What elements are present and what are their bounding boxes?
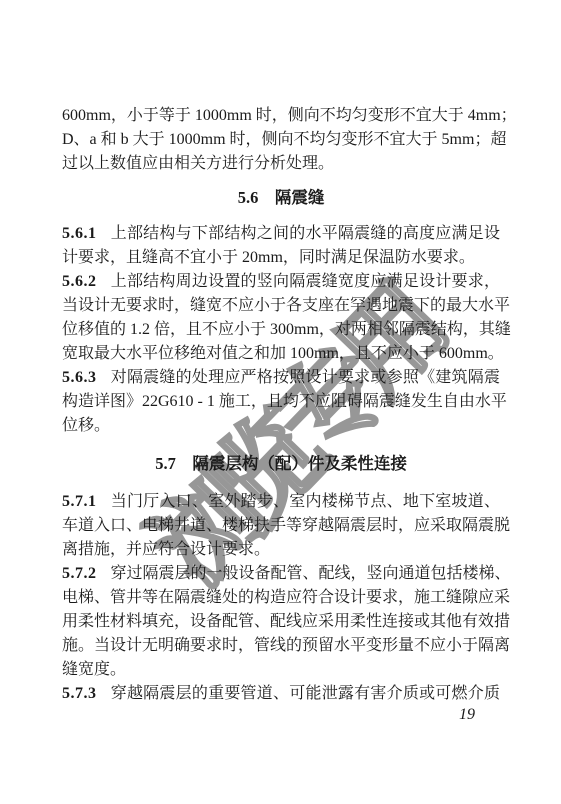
clause-text: 对隔震缝的处理应严格按照设计要求或参照《建筑隔震: [111, 369, 501, 386]
text-line: 车道入口、电梯井道、楼梯扶手等穿越隔震层时，应采取隔震脱: [62, 514, 500, 538]
clause-text: 当门厅入口、室外踏步、室内楼梯节点、地下室坡道、: [111, 493, 501, 510]
text-line: 过以上数值应由相关方进行分析处理。: [62, 152, 500, 176]
section-heading-5-6: 5.6 隔震缝: [62, 186, 500, 210]
text-line: 计要求，且缝高不宜小于 20mm，同时满足保温防水要求。: [62, 246, 500, 270]
document-page: 浏览专用 600mm，小于等于 1000mm 时，侧向不均匀变形不宜大于 4mm…: [0, 0, 561, 804]
text-line: 电梯、管井等在隔震缝处的构造应符合设计要求，施工缝隙应采: [62, 586, 500, 610]
clause-text: 穿过隔震层的一般设备配管、配线，竖向通道包括楼梯、: [111, 565, 511, 582]
text-line: 离措施，并应符合设计要求。: [62, 538, 500, 562]
clause-text: 上部结构周边设置的竖向隔震缝宽度应满足设计要求，: [111, 273, 501, 290]
section-heading-5-7: 5.7 隔震层构（配）件及柔性连接: [62, 452, 500, 476]
text-line: 用柔性材料填充，设备配管、配线应采用柔性连接或其他有效措: [62, 610, 500, 634]
text-line: 缝宽度。: [62, 658, 500, 682]
text-line: D、a 和 b 大于 1000mm 时，侧向不均匀变形不宜大于 5mm；超: [62, 128, 500, 152]
text-line: 5.6.3对隔震缝的处理应严格按照设计要求或参照《建筑隔震: [62, 366, 500, 390]
text-line: 位移值的 1.2 倍，且不应小于 300mm，对两相邻隔震结构，其缝: [62, 318, 500, 342]
text-line: 构造详图》22G610 - 1 施工，且均不应阻碍隔震缝发生自由水平: [62, 390, 500, 414]
page-number: 19: [459, 703, 475, 727]
clause-text: 上部结构与下部结构之间的水平隔震缝的高度应满足设: [111, 225, 501, 242]
clause-text: 穿越隔震层的重要管道、可能泄露有害介质或可燃介质: [111, 685, 501, 702]
text-line: 5.6.1上部结构与下部结构之间的水平隔震缝的高度应满足设: [62, 222, 500, 246]
clause-number: 5.7.2: [62, 565, 97, 582]
clause-number: 5.6.2: [62, 273, 97, 290]
clause-number: 5.6.1: [62, 225, 97, 242]
text-line: 600mm，小于等于 1000mm 时，侧向不均匀变形不宜大于 4mm；: [62, 104, 500, 128]
text-line: 位移。: [62, 414, 500, 438]
clause-number: 5.6.3: [62, 369, 97, 386]
text-line: 5.6.2上部结构周边设置的竖向隔震缝宽度应满足设计要求，: [62, 270, 500, 294]
clause-number: 5.7.1: [62, 493, 97, 510]
clause-number: 5.7.3: [62, 685, 97, 702]
text-line: 5.7.3穿越隔震层的重要管道、可能泄露有害介质或可燃介质: [62, 682, 500, 706]
text-line: 宽取最大水平位移绝对值之和加 100mm，且不应小于 600mm。: [62, 342, 500, 366]
text-line: 5.7.2穿过隔震层的一般设备配管、配线，竖向通道包括楼梯、: [62, 562, 500, 586]
text-block: 600mm，小于等于 1000mm 时，侧向不均匀变形不宜大于 4mm； D、a…: [62, 104, 500, 706]
text-line: 当设计无要求时，缝宽不应小于各支座在罕遇地震下的最大水平: [62, 294, 500, 318]
text-line: 施。当设计无明确要求时，管线的预留水平变形量不应小于隔离: [62, 634, 500, 658]
text-line: 5.7.1当门厅入口、室外踏步、室内楼梯节点、地下室坡道、: [62, 490, 500, 514]
